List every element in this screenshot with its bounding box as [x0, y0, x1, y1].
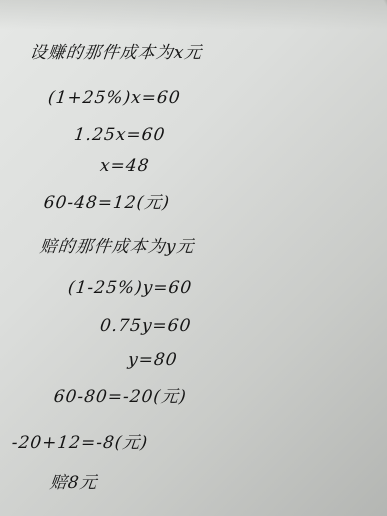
paper-photo: 设赚的那件成本为x元 (1+25%)x=60 1.25x=60 x=48 60-… — [0, 0, 387, 516]
handwritten-equation: -20+12=-8(元) — [11, 428, 150, 453]
handwritten-equation: (1-25%)y=60 — [67, 278, 193, 298]
handwritten-line-setup-y: 赔的那件成本为y元 — [39, 232, 196, 257]
handwritten-equation: (1+25%)x=60 — [47, 88, 182, 108]
handwritten-line-setup-x: 设赚的那件成本为x元 — [29, 38, 204, 63]
handwritten-equation: 60-80=-20(元) — [53, 382, 189, 407]
handwritten-equation: 0.75y=60 — [99, 316, 192, 336]
handwritten-equation: 60-48=12(元) — [43, 188, 172, 213]
paper-shadow — [0, 0, 387, 30]
handwritten-equation: y=80 — [127, 350, 179, 370]
handwritten-equation: x=48 — [99, 156, 151, 176]
handwritten-equation: 1.25x=60 — [73, 125, 166, 145]
handwritten-answer: 赔8元 — [49, 468, 99, 493]
